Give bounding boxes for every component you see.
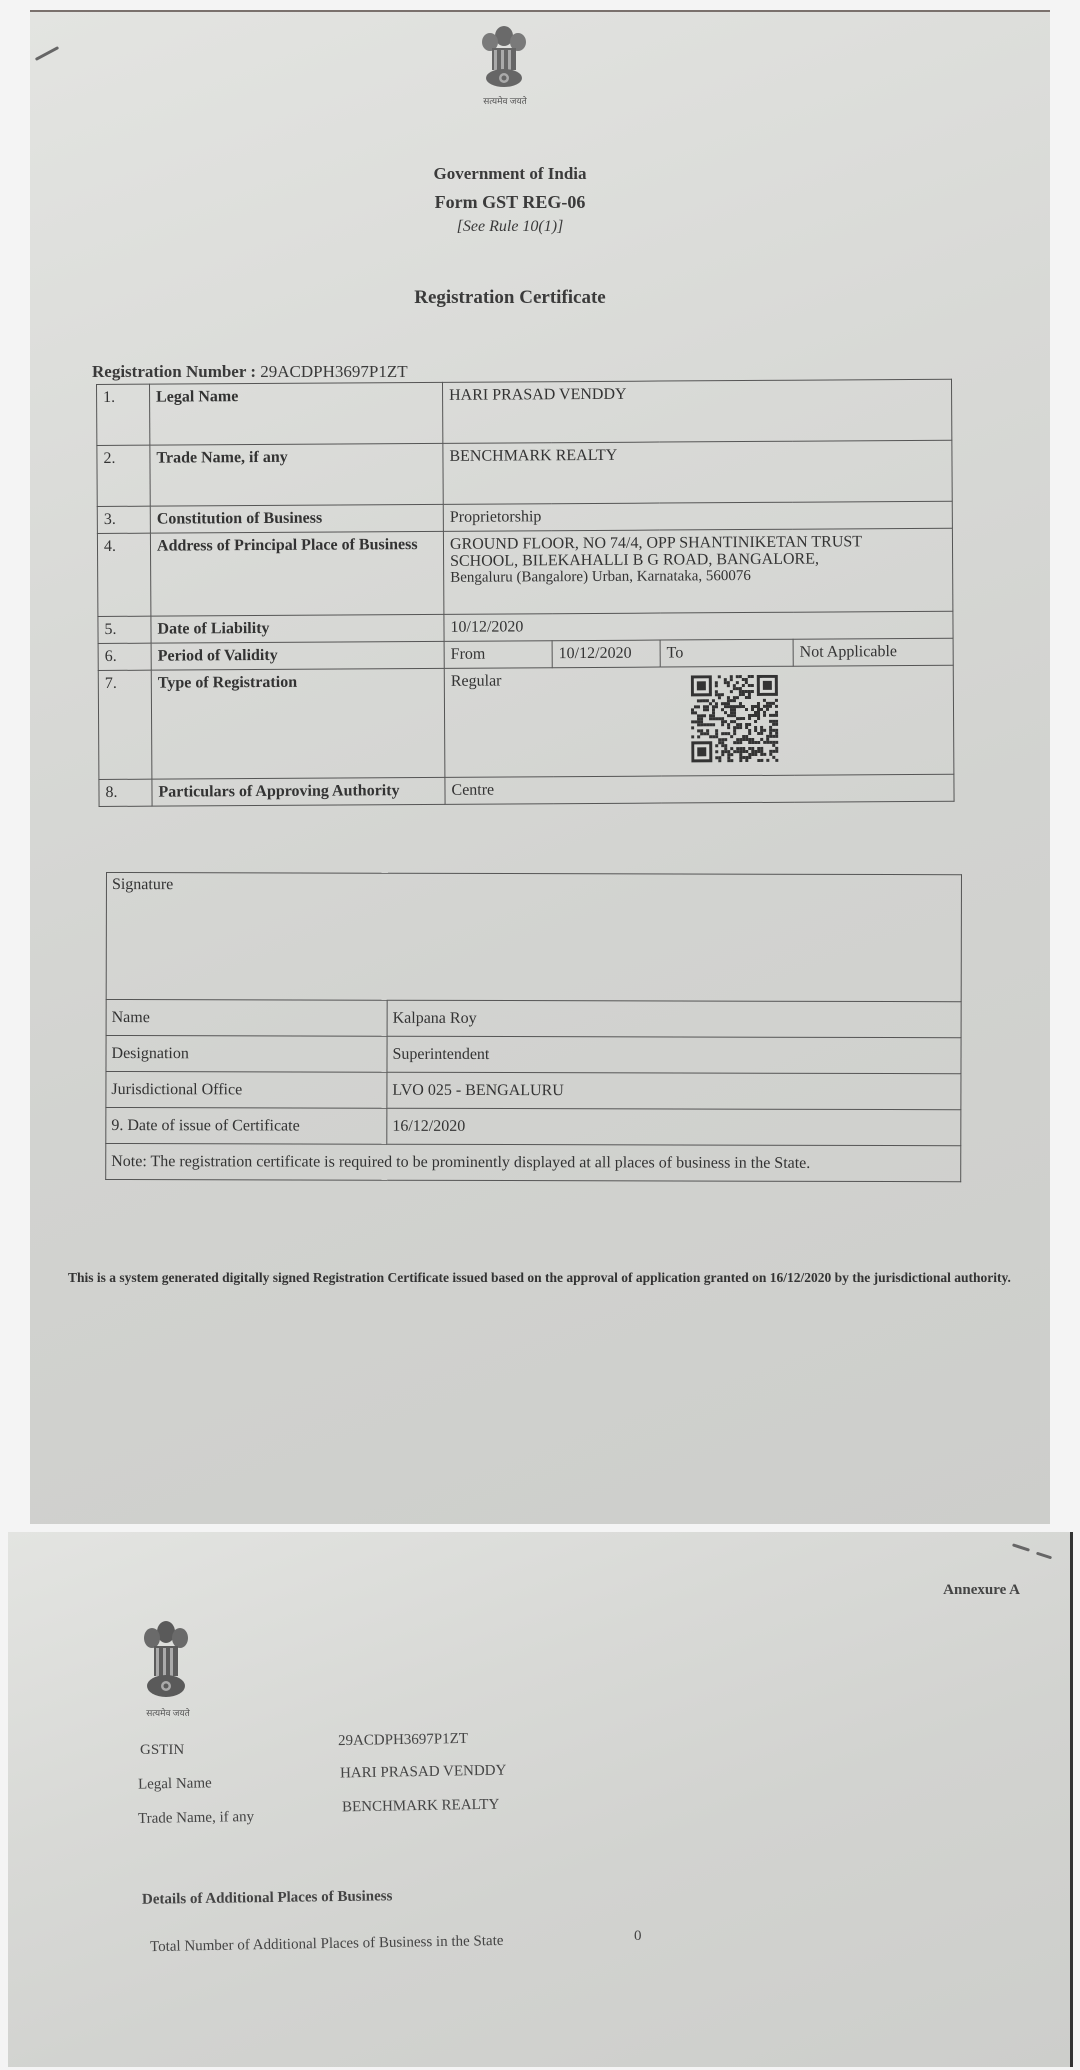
approving-authority-value: Centre	[445, 774, 954, 804]
legal-name-value: HARI PRASAD VENDDY	[442, 379, 951, 443]
signature-row: Signature	[106, 873, 961, 1002]
trade-name-label: Trade Name, if any	[138, 1809, 254, 1828]
annexure-title: Annexure A	[943, 1582, 1020, 1599]
registration-type-value: Regular	[451, 673, 502, 690]
registration-type-cell: Regular	[444, 665, 954, 777]
emblem-motto: सत्यमेव जयते	[128, 1706, 208, 1719]
table-row: Name Kalpana Roy	[106, 1000, 961, 1038]
legal-name-value: HARI PRASAD VENDDY	[340, 1763, 507, 1783]
digital-signature-footnote: This is a system generated digitally sig…	[68, 1267, 1043, 1288]
staple-mark	[1036, 1552, 1052, 1560]
gstin-label: GSTIN	[140, 1742, 184, 1759]
table-row: 4. Address of Principal Place of Busines…	[97, 528, 952, 616]
row-label: Legal Name	[150, 382, 443, 445]
table-row: 9. Date of issue of Certificate 16/12/20…	[106, 1108, 961, 1146]
designation-value: Superintendent	[387, 1036, 961, 1074]
annexure-page: Annexure A सत्यमेव जयते GSTIN 29ACDPH369…	[8, 1532, 1073, 2067]
table-row: 8. Particulars of Approving Authority Ce…	[99, 774, 954, 806]
table-row: 7. Type of Registration Regular	[98, 665, 954, 779]
signature-label: Signature	[106, 873, 961, 1002]
row-label: Constitution of Business	[150, 504, 443, 533]
national-emblem-icon	[472, 20, 536, 92]
certificate-page: सत्यमेव जयते Government of India Form GS…	[30, 10, 1050, 1524]
registration-number-value: 29ACDPH3697P1ZT	[260, 362, 407, 381]
jurisdictional-office-value: LVO 025 - BENGALURU	[387, 1072, 961, 1110]
trade-name-value: BENCHMARK REALTY	[443, 440, 952, 504]
government-heading: Government of India	[30, 164, 990, 184]
display-note: Note: The registration certificate is re…	[106, 1144, 961, 1182]
document-title: Registration Certificate	[30, 287, 990, 309]
signatory-table: Signature Name Kalpana Roy Designation S…	[105, 872, 962, 1182]
row-label: Trade Name, if any	[150, 443, 443, 506]
legal-name-label: Legal Name	[138, 1775, 212, 1793]
additional-places-count: 0	[634, 1928, 642, 1945]
trade-name-value: BENCHMARK REALTY	[342, 1797, 500, 1817]
staple-mark	[35, 46, 59, 61]
emblem-motto: सत्यमेव जयते	[460, 94, 550, 107]
additional-places-heading: Details of Additional Places of Business	[142, 1888, 393, 1908]
form-title: Form GST REG-06	[30, 192, 990, 213]
rule-reference: [See Rule 10(1)]	[30, 218, 990, 236]
validity-to-label: To	[660, 639, 793, 667]
row-number: 5.	[98, 616, 151, 643]
row-label: Period of Validity	[151, 641, 444, 670]
date-of-liability-value: 10/12/2020	[444, 611, 953, 641]
registration-details-table: 1. Legal Name HARI PRASAD VENDDY 2. Trad…	[96, 379, 955, 807]
gstin-value: 29ACDPH3697P1ZT	[338, 1731, 468, 1750]
signatory-label: Name	[106, 1000, 387, 1037]
row-label: Type of Registration	[151, 668, 445, 779]
table-row: Jurisdictional Office LVO 025 - BENGALUR…	[106, 1072, 961, 1110]
row-number: 6.	[98, 643, 151, 670]
row-number: 1.	[97, 384, 150, 445]
row-label: Particulars of Approving Authority	[152, 777, 445, 806]
row-number: 7.	[98, 670, 152, 779]
additional-places-label: Total Number of Additional Places of Bus…	[150, 1933, 504, 1956]
row-label: Address of Principal Place of Business	[150, 531, 444, 616]
issue-date-value: 16/12/2020	[387, 1108, 961, 1146]
signatory-label: Jurisdictional Office	[106, 1072, 387, 1109]
row-number: 8.	[99, 779, 152, 806]
row-label: Date of Liability	[151, 614, 444, 643]
signatory-label: Designation	[106, 1036, 387, 1073]
qr-code-icon	[691, 675, 782, 769]
address-line: Bengaluru (Bangalore) Urban, Karnataka, …	[450, 567, 946, 587]
validity-from-value: 10/12/2020	[552, 640, 660, 668]
registration-number-label: Registration Number :	[92, 362, 256, 381]
row-number: 4.	[97, 533, 151, 616]
staple-mark	[1012, 1543, 1030, 1551]
validity-from-label: From	[444, 641, 552, 669]
table-row: Designation Superintendent	[106, 1036, 961, 1074]
national-emblem-icon	[136, 1612, 196, 1704]
table-row: 1. Legal Name HARI PRASAD VENDDY	[97, 379, 952, 445]
note-row: Note: The registration certificate is re…	[106, 1144, 961, 1182]
registration-number: Registration Number : 29ACDPH3697P1ZT	[92, 362, 408, 382]
table-row: 2. Trade Name, if any BENCHMARK REALTY	[97, 440, 952, 506]
row-number: 3.	[97, 506, 150, 533]
constitution-value: Proprietorship	[443, 501, 952, 531]
signatory-label: 9. Date of issue of Certificate	[106, 1108, 387, 1145]
address-value: GROUND FLOOR, NO 74/4, OPP SHANTINIKETAN…	[443, 528, 952, 614]
row-number: 2.	[97, 445, 150, 506]
signatory-name-value: Kalpana Roy	[387, 1000, 961, 1038]
validity-to-value: Not Applicable	[793, 638, 953, 666]
